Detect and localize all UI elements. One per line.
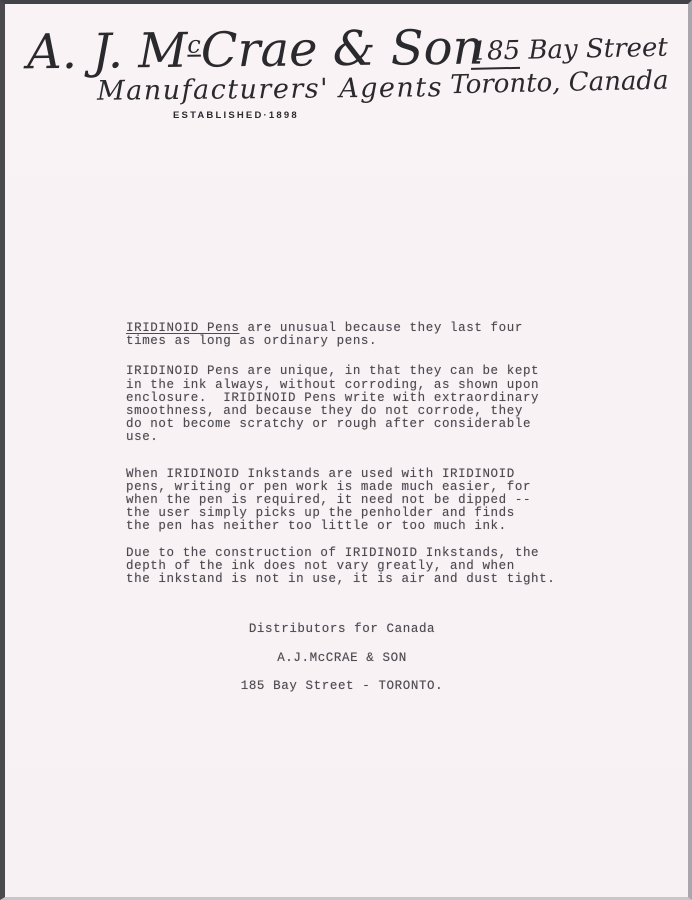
footer-distributors-line: Distributors for Canada (126, 615, 558, 644)
paragraph-1: IRIDINOID Pens are unusual because they … (126, 322, 604, 348)
paragraph-3: When IRIDINOID Inkstands are used with I… (126, 468, 604, 534)
company-name-superscript-c: c (187, 31, 201, 59)
established-line: ESTABLISHED·1898 (173, 110, 299, 121)
paragraph-2: IRIDINOID Pens are unique, in that they … (126, 365, 604, 444)
address-street-line: 185 Bay Street (449, 32, 668, 70)
address-street-name: Bay Street (520, 33, 668, 66)
address-city-line: Toronto, Canada (450, 65, 669, 103)
paragraph-1-underlined-lead: IRIDINOID Pens (126, 321, 239, 335)
footer-address-line: 185 Bay Street - TORONTO. (126, 672, 558, 701)
letter-body: IRIDINOID Pens are unusual because they … (126, 322, 604, 586)
paragraph-4: Due to the construction of IRIDINOID Ink… (126, 547, 604, 587)
scan-frame: A. J. McCrae & Son Manufacturers' Agents… (0, 0, 692, 900)
footer-company-line: A.J.McCRAE & SON (126, 644, 558, 673)
letter-footer: Distributors for Canada A.J.McCRAE & SON… (126, 615, 558, 701)
company-name-post: Crae & Son (201, 20, 484, 79)
company-name-pre: A. J. M (27, 23, 188, 81)
letter-paper: A. J. McCrae & Son Manufacturers' Agents… (5, 4, 688, 897)
company-subtitle: Manufacturers' Agents (97, 74, 443, 105)
address-street-number: 185 (470, 36, 520, 70)
letterhead-address: 185 Bay Street Toronto, Canada (449, 32, 669, 103)
company-name-script: A. J. McCrae & Son (27, 24, 484, 77)
